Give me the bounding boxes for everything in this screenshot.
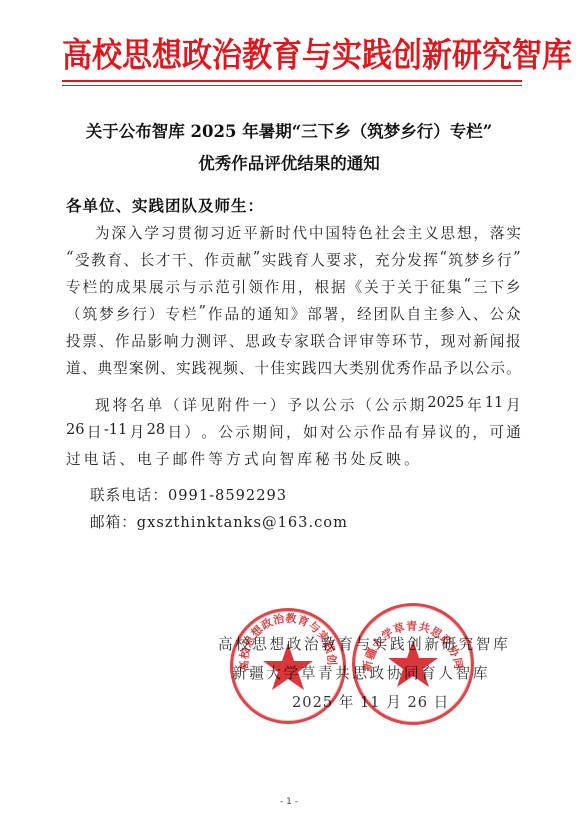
contact-phone: 联系电话：0991-8592293 — [90, 484, 287, 505]
contact-email-label: 邮箱： — [90, 514, 137, 531]
paragraph-1-line: “受教育、长才干、作贡献”实践育人要求，充分发挥“筑梦乡行” — [66, 249, 521, 271]
paragraph-2-line: 26日-11月28日）。公示期间，如对公示作品有异议的，可通 — [66, 421, 521, 443]
page-number: - 1 - — [0, 797, 578, 807]
masthead-rule-thick — [62, 80, 522, 82]
salutation: 各单位、实践团队及师生： — [66, 194, 264, 216]
paragraph-1-line: 投票、作品影响力测评、思政专家联合评审等环节，现对新闻报 — [66, 330, 521, 352]
contact-phone-value: 0991-8592293 — [168, 487, 287, 504]
contact-email-value: gxszthinktanks@163.com — [137, 514, 348, 531]
paragraph-1-line: 道、典型案例、实践视频、十佳实践四大类别优秀作品予以公示。 — [66, 357, 521, 379]
notice-title-line-1: 关于公布智库 2025 年暑期“三下乡（筑梦乡行）专栏” — [0, 118, 578, 142]
paragraph-1-line: 专栏的成果展示与示范引领作用，根据《关于关于征集“三下乡 — [66, 276, 521, 298]
masthead-rule-thin — [62, 85, 522, 86]
masthead-title: 高校思想政治教育与实践创新研究智库 — [62, 33, 524, 80]
paragraph-1-line: （筑梦乡行）专栏”作品的通知》部署，经团队自主参入、公众 — [66, 303, 521, 325]
seal-star-icon: 高校思想政治教育与实践创新研究智库 — [233, 611, 343, 721]
seal-star-icon: 新疆大学草青共思政协同育人智库 — [355, 606, 471, 722]
notice-title-line-2: 优秀作品评优结果的通知 — [0, 150, 578, 174]
document-page: 高校思想政治教育与实践创新研究智库 关于公布智库 2025 年暑期“三下乡（筑梦… — [0, 0, 578, 830]
contact-phone-label: 联系电话： — [90, 487, 168, 504]
seal-think-tank: 高校思想政治教育与实践创新研究智库 — [230, 608, 346, 724]
contact-email: 邮箱：gxszthinktanks@163.com — [90, 511, 348, 532]
seal-xinjiang-university: 新疆大学草青共思政协同育人智库 — [352, 603, 474, 725]
paragraph-1-line: 为深入学习贯彻习近平新时代中国特色社会主义思想，落实 — [66, 222, 521, 244]
paragraph-2-line: 过电话、电子邮件等方式向智库秘书处反映。 — [66, 448, 521, 470]
paragraph-2-line: 现将名单（详见附件一）予以公示（公示期2025年11月 — [66, 394, 521, 416]
